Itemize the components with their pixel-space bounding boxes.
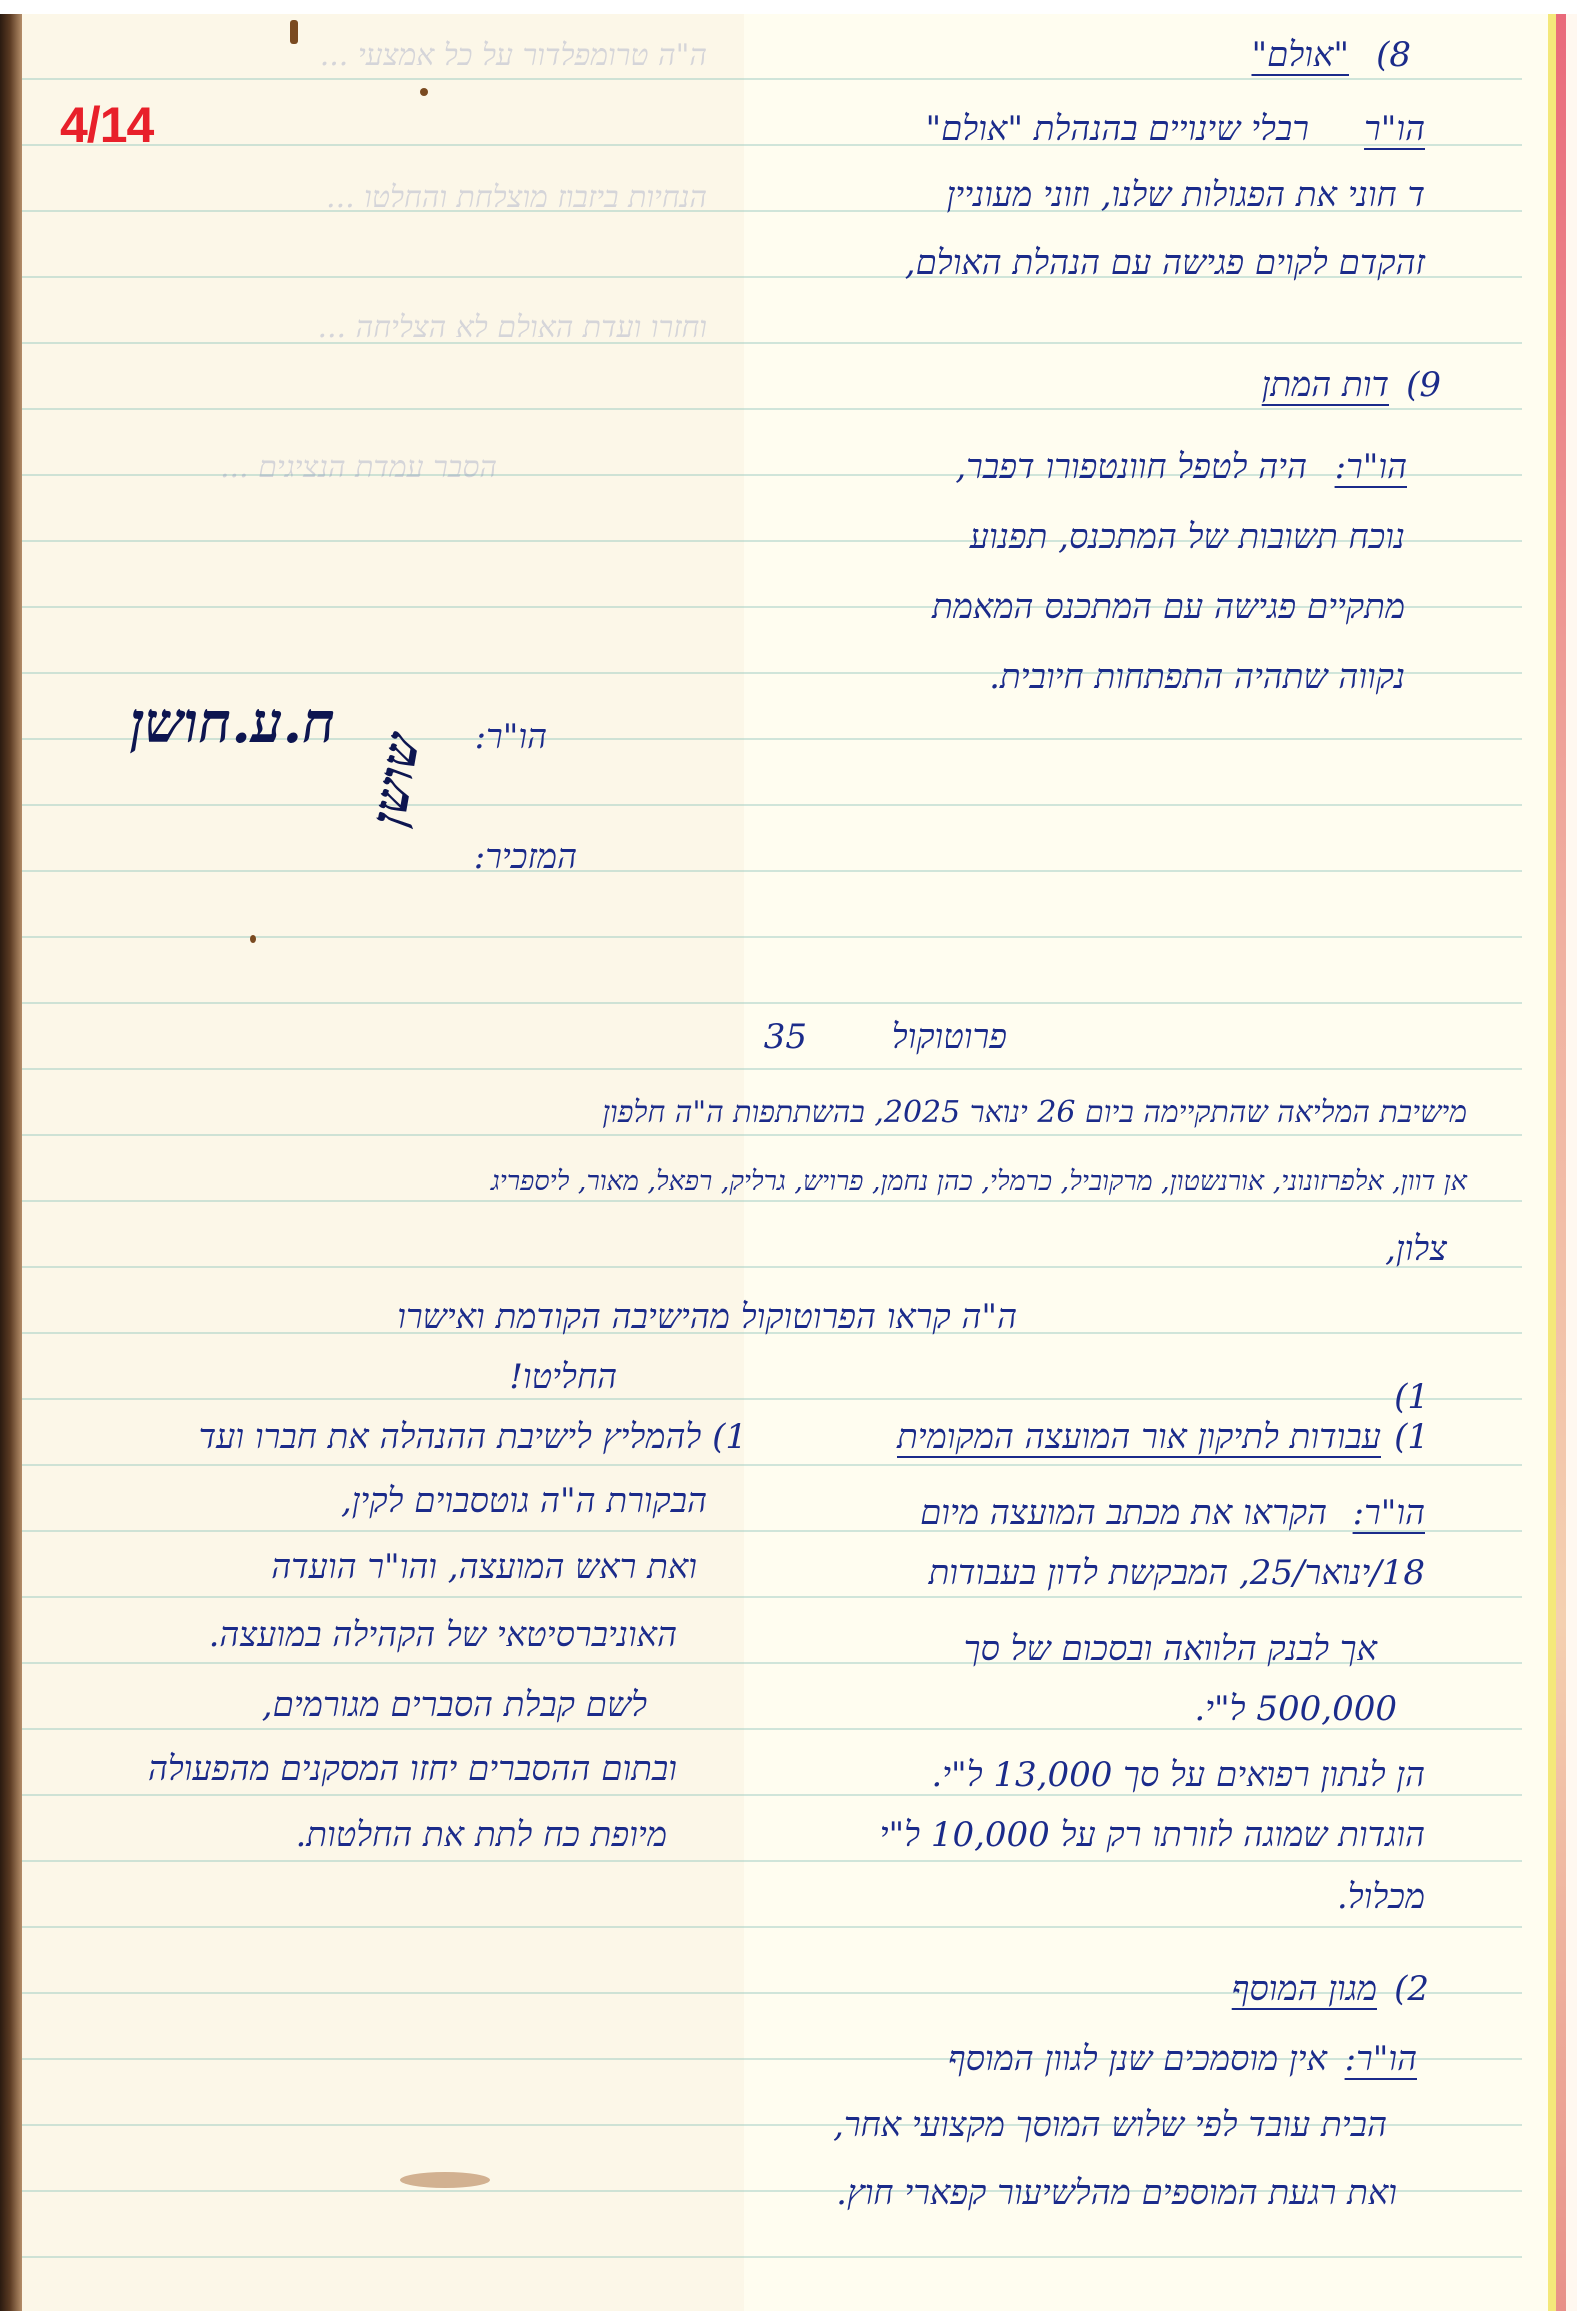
section-1-line: אך לבנק הלוואה ובסכום של סך: [964, 1632, 1377, 1666]
section-2-title: מגון המוסף: [1232, 1972, 1377, 2006]
section-8-number: 8): [1376, 38, 1411, 72]
section-9-title: דות המתן: [1262, 368, 1389, 402]
stain: [290, 20, 298, 44]
section-2-number: 2): [1394, 1972, 1429, 2006]
section-8-line: ד חוני את הפגולות שלנו, וזוני מעוניין: [947, 178, 1425, 212]
left-column-line: לשם קבלת הסברים מגורמים,: [262, 1688, 647, 1722]
ghost-text: וחזרו ועדת האולם לא הצליחה ...: [317, 310, 707, 345]
section-8-speaker: הו"ר: [1364, 112, 1425, 146]
section-2-line: הבית עובד לפי שלוש המוסך מקצועי אחר,: [833, 2108, 1387, 2142]
section-9-number: 9): [1406, 368, 1441, 402]
left-column-line: הבקורת ה"ה גוטסבוים לקין,: [341, 1484, 707, 1518]
section-1-line: הן לנתון רפואים על סך 13,000 ל"י.: [931, 1758, 1425, 1792]
left-column-line: האוניברסיטאי של הקהילה במועצה.: [209, 1618, 677, 1652]
section-2-line: ואת רגעת המוספים מהלשיעור קפארי חוץ.: [836, 2176, 1397, 2210]
ghost-text: הסבר עמדת הנציגים ...: [220, 450, 497, 485]
secretary-label: המזכיר:: [474, 840, 577, 874]
protocol-decided: החליטו!: [509, 1360, 617, 1394]
section-8-line: זהקדם לקוים פגישה עם הנהלת האולם,: [905, 246, 1425, 280]
section-1-line: הקראו את מכתב המועצה מיום: [920, 1496, 1327, 1530]
left-column-line: מיופת כח לתת את החלטות.: [295, 1818, 667, 1852]
section-2-line: אין מוסמכים שנן לגוון המוסף: [948, 2042, 1327, 2076]
stain: [400, 2172, 490, 2188]
section-1-line: 18/ינואר/25, המבקשת לדון בעבודות: [929, 1556, 1425, 1590]
sub-number: 1): [1394, 1380, 1429, 1414]
notebook-page: ה"ה טרומפלדור על כל אמצעי ... הנחיות ביז…: [0, 0, 1577, 2311]
section-9-speaker: הו"ר:: [1335, 450, 1407, 484]
chair-label: הו"ר:: [475, 720, 547, 754]
right-sheet: [744, 14, 1534, 2311]
section-1-title: עבודות לתיקון אור המועצה המקומית: [897, 1420, 1381, 1454]
protocol-intro-line: אן דוון, אלפרזונוני, אורנשטון, מרקוביל, …: [491, 1168, 1467, 1195]
protocol-intro-line: מישיבת המליאה שהתקיימה ביום 26 ינואר 202…: [602, 1098, 1467, 1128]
section-2-speaker: הו"ר:: [1345, 2042, 1417, 2076]
left-column-line: ואת ראש המועצה, והו"ר הועדה: [271, 1550, 697, 1584]
section-8-line: רבלי שינויים בהנהלת "אולם": [925, 112, 1309, 146]
section-1-line: 500,000 ל"י.: [1194, 1692, 1397, 1726]
left-sheet: [22, 14, 744, 2311]
ghost-text: הנחיות ביזבוז מוצלחת והחלטו ...: [326, 180, 707, 215]
left-column-line: 1) להמליץ לישיבת ההנהלה את חברו ועד: [199, 1420, 747, 1454]
page-counter: 4/14: [60, 96, 153, 154]
page-edge-white: [1566, 14, 1577, 2311]
left-column-line: ובתום ההסברים יחזו המסקנים מהפעולה: [148, 1752, 677, 1786]
chair-signature: ח.ע.חושן: [130, 690, 335, 756]
section-8-title: "אולם": [1251, 38, 1349, 72]
protocol-agenda-line: ה"ה קראו הפרוטוקול מהישיבה הקודמת ואישרו: [397, 1300, 1017, 1334]
binding-edge: [0, 14, 22, 2311]
section-1-number: 1): [1394, 1420, 1429, 1454]
page-edge-red: [1556, 14, 1566, 2311]
protocol-title: פרוטוקול: [892, 1020, 1007, 1054]
section-9-line: מתקיים פגישה עם המתכנס המאמת: [932, 590, 1405, 624]
ghost-text: ה"ה טרומפלדור על כל אמצעי ...: [320, 38, 707, 73]
page-edge-yellow: [1548, 14, 1556, 2311]
protocol-intro-line: צלון,: [1385, 1232, 1447, 1266]
protocol-number: 35: [764, 1020, 807, 1054]
stain: [250, 935, 256, 943]
stain: [420, 88, 428, 96]
section-9-line: היה לטפל חוונטפורו דפבר,: [955, 450, 1307, 484]
section-1-speaker: הו"ר:: [1353, 1496, 1425, 1530]
section-9-line: נוכח תשובות של המתכנס, תפנוע: [970, 520, 1405, 554]
section-9-line: נקווה שתהיה התפתחות חיובית.: [989, 660, 1405, 694]
section-1-line: מכלול.: [1337, 1880, 1425, 1914]
section-1-line: הוגדות שמוגה לזורתו רק על 10,000 ל"י: [880, 1818, 1425, 1852]
top-margin: [0, 0, 1577, 14]
